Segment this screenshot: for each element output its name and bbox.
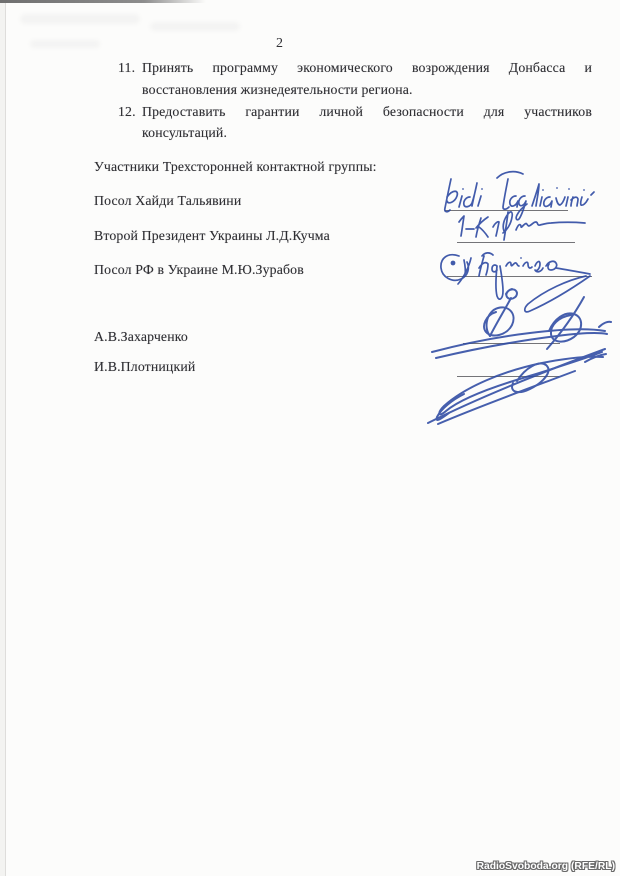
scan-smudge bbox=[150, 22, 240, 31]
signature-zurabov-ink bbox=[441, 253, 590, 312]
page-number: 2 bbox=[276, 37, 283, 51]
signature-line-zurabov bbox=[447, 276, 592, 277]
item-11-line-1: Принять программу экономического возрожд… bbox=[142, 57, 592, 79]
signature-zakharchenko-ink bbox=[432, 289, 611, 358]
signature-tagliavini-ink bbox=[445, 172, 594, 220]
item-11-number: 11. bbox=[118, 57, 142, 101]
signature-kuchma-ink bbox=[459, 212, 585, 240]
signatory-label-kuchma: Второй Президент Украины Л.Д.Кучма bbox=[94, 228, 330, 244]
signature-line-tagliavini bbox=[445, 210, 568, 211]
signatory-label-tagliavini: Посол Хайди Тальявини bbox=[94, 193, 241, 209]
protocol-item-11: 11. Принять программу экономического воз… bbox=[118, 57, 592, 101]
scan-smudge bbox=[20, 14, 140, 24]
scan-smudge bbox=[30, 40, 100, 48]
scan-left-edge-line bbox=[5, 0, 6, 876]
item-12-line-2: консультаций. bbox=[142, 122, 592, 144]
signature-line-zakharchenko bbox=[463, 343, 560, 344]
protocol-items: 11. Принять программу экономического воз… bbox=[118, 57, 592, 144]
item-11-line-2: восстановления жизнедеятельности региона… bbox=[142, 79, 592, 101]
protocol-item-12: 12. Предоставить гарантии личной безопас… bbox=[118, 101, 592, 145]
signature-line-kuchma bbox=[457, 242, 575, 243]
signature-plotnitsky-ink bbox=[428, 349, 606, 424]
signatory-label-zakharchenko: А.В.Захарченко bbox=[94, 329, 188, 345]
scanned-document-page: 2 11. Принять программу экономического в… bbox=[0, 0, 620, 876]
participants-heading: Участники Трехсторонней контактной групп… bbox=[94, 159, 377, 175]
signatory-label-plotnitsky: И.В.Плотницкий bbox=[94, 359, 195, 375]
signatory-label-zurabov: Посол РФ в Украине М.Ю.Зурабов bbox=[94, 262, 304, 278]
scan-top-edge-artifact bbox=[0, 0, 206, 3]
watermark: RadioSvoboda.org (RFE/RL) bbox=[477, 861, 615, 872]
signature-line-plotnitsky bbox=[457, 376, 559, 377]
item-12-line-1: Предоставить гарантии личной безопасност… bbox=[142, 101, 592, 123]
item-12-number: 12. bbox=[118, 101, 142, 145]
